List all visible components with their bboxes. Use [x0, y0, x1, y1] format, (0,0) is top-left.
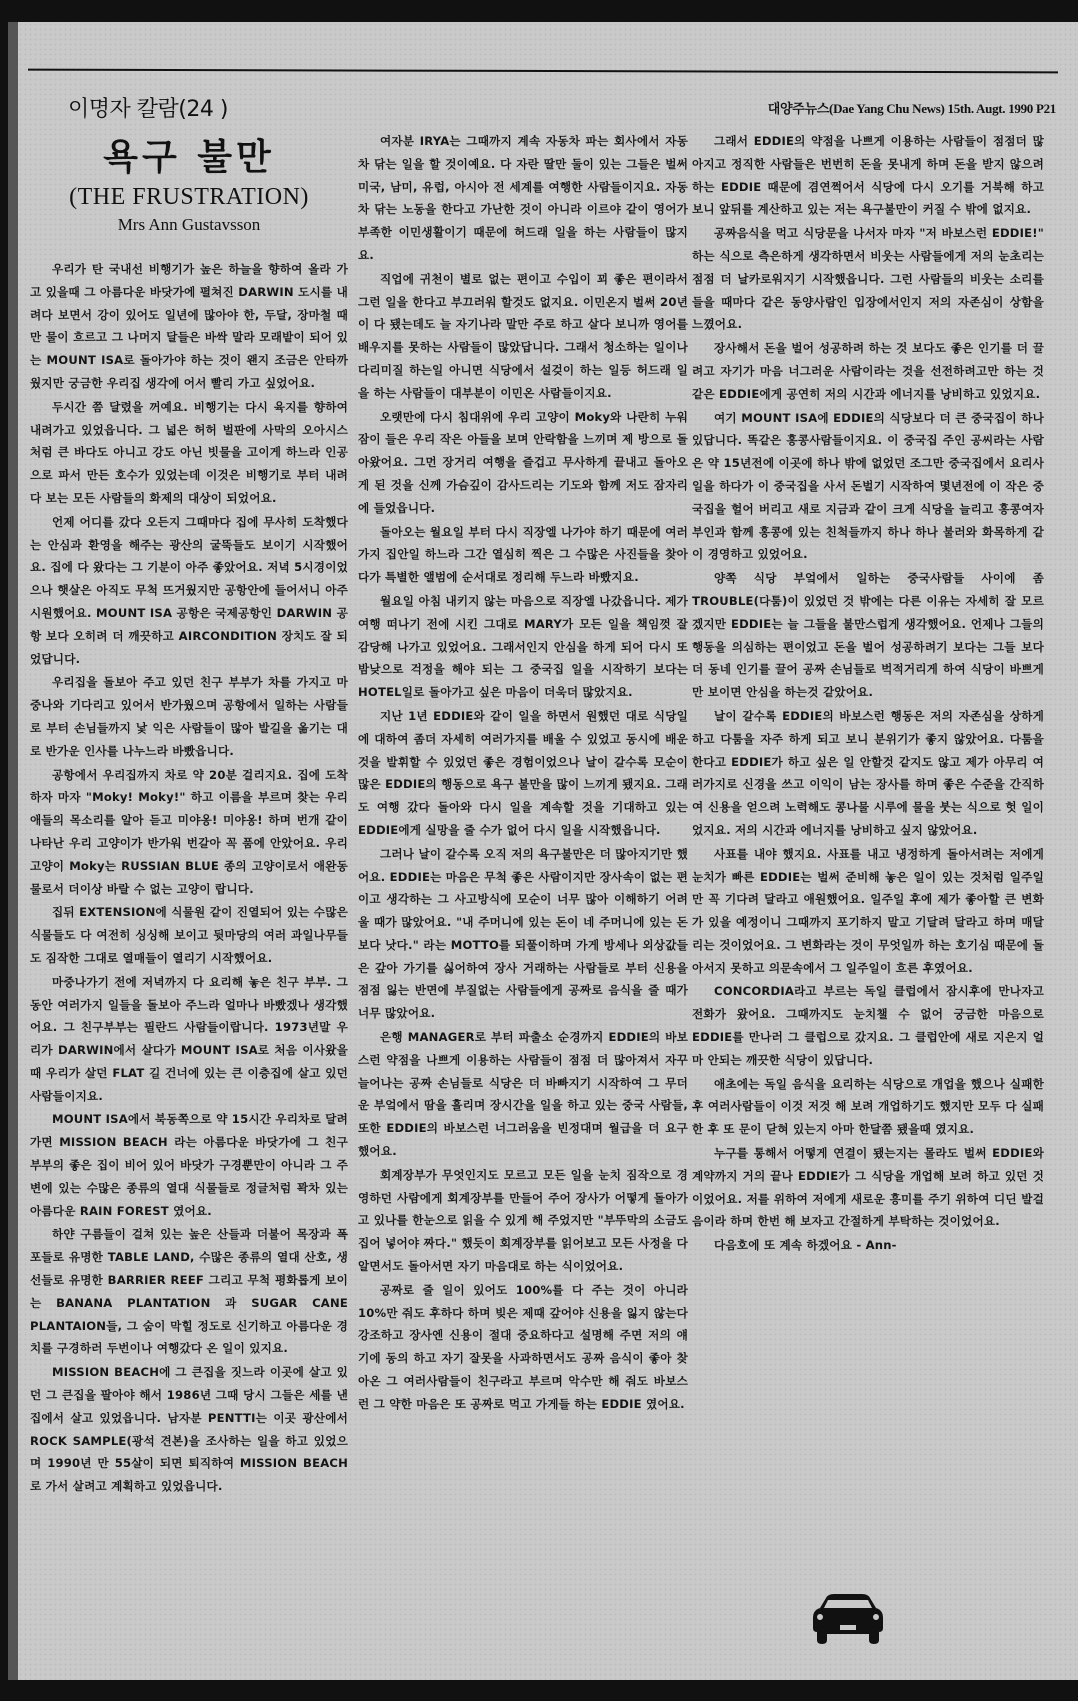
paragraph: 사표를 내야 했지요. 사표를 내고 냉정하게 돌아서려는 저에게 눈치가 빠른… [692, 843, 1044, 980]
car-icon [808, 1592, 888, 1647]
header-rule [28, 69, 1058, 74]
paragraph: MISSION BEACH에 그 큰집을 짓느라 이곳에 살고 있던 그 큰집을… [30, 1361, 348, 1498]
article-author: Mrs Ann Gustavsson [30, 215, 348, 235]
paragraph: 공항에서 우리집까지 차로 약 20분 걸리지요. 집에 도착하자 마자 "Mo… [30, 764, 348, 901]
text-column-left: 우리가 탄 국내선 비행기가 높은 하늘을 향하여 올라 가고 있을때 그 아름… [30, 258, 348, 1499]
paragraph: 그러나 날이 갈수록 오직 저의 욕구불만은 더 많아지기만 했어요. EDDI… [358, 843, 688, 1025]
paragraph: 여기 MOUNT ISA에 EDDIE의 식당보다 더 큰 중국집이 하나 있답… [692, 407, 1044, 567]
publication-header: 대양주뉴스(Dae Yang Chu News) 15th. Augt. 199… [768, 98, 1056, 117]
paragraph: 장사해서 돈을 벌어 성공하려 하는 것 보다도 좋은 인기를 더 끌려고 자기… [692, 337, 1044, 405]
paragraph: 월요일 아침 내키지 않는 마음으로 직장엘 나갔읍니다. 제가 여행 떠나기 … [358, 590, 688, 704]
paragraph: 공짜로 줄 일이 있어도 100%를 다 주는 것이 아니라 10%만 줘도 후… [358, 1279, 688, 1416]
paragraph: 그래서 EDDIE의 약점을 나쁘게 이용하는 사람들이 점점더 많아지고 정직… [692, 130, 1044, 221]
article-title-korean: 욕구 불만 [30, 129, 348, 180]
paragraph: 두시간 쯤 달렸을 꺼예요. 비행기는 다시 육지를 향하여 내려가고 있었읍니… [30, 396, 348, 510]
paragraph: 애초에는 독일 음식을 요리하는 식당으로 개업을 했으나 실패한 후 여러사람… [692, 1073, 1044, 1141]
paragraph: 우리집을 돌보아 주고 있던 친구 부부가 차를 가지고 마중나와 기다리고 있… [30, 671, 348, 762]
paragraph: 날이 갈수록 EDDIE의 바보스런 행동은 저의 자존심을 상하게 하고 다툼… [692, 705, 1044, 842]
article-title-block: 이명자 칼람(24 ) 욕구 불만 (THE FRUSTRATION) Mrs … [30, 92, 348, 235]
text-column-middle: 여자분 IRYA는 그때까지 계속 자동차 파는 회사에서 자동차 닦는 일을 … [358, 130, 688, 1417]
paragraph: 누구를 통해서 어떻게 연결이 됐는지는 몰라도 벌써 EDDIE와 계약까지 … [692, 1142, 1044, 1233]
paragraph: 은행 MANAGER로 부터 파출소 순경까지 EDDIE의 바보스런 약점을 … [358, 1026, 688, 1163]
paragraph: 여자분 IRYA는 그때까지 계속 자동차 파는 회사에서 자동차 닦는 일을 … [358, 130, 688, 267]
paragraph: 집뒤 EXTENSION에 식물원 같이 진열되어 있는 수많은 식물들도 다 … [30, 901, 348, 969]
article-title-english: (THE FRUSTRATION) [30, 184, 348, 211]
paragraph: 돌아오는 월요일 부터 다시 직장엘 나가야 하기 때문에 여러가지 집안일 하… [358, 521, 688, 589]
paragraph: 하얀 구름들이 걸쳐 있는 높은 산들과 더불어 목장과 폭포들로 유명한 TA… [30, 1223, 348, 1360]
paragraph: MOUNT ISA에서 북동쪽으로 약 15시간 우리차로 달려 가면 MISS… [30, 1108, 348, 1222]
paragraph: 마중나가기 전에 저녁까지 다 요리해 놓은 친구 부부. 그동안 여러가지 일… [30, 971, 348, 1108]
signoff: 다음호에 또 계속 하겠어요 - Ann- [692, 1234, 1044, 1257]
paragraph: CONCORDIA라고 부르는 독일 클럽에서 잠시후에 만나자고 전화가 왔어… [692, 980, 1044, 1071]
paragraph: 양쪽 식당 부엌에서 일하는 중국사람들 사이에 좀 TROUBLE(다툼)이 … [692, 567, 1044, 704]
paragraph: 직업에 귀천이 별로 없는 편이고 수입이 꾀 좋은 편이라서 그런 일을 한다… [358, 268, 688, 405]
paragraph: 오랫만에 다시 침대위에 우리 고양이 Moky와 나란히 누워 잠이 들은 우… [358, 406, 688, 520]
paragraph: 지난 1년 EDDIE와 같이 일을 하면서 원했던 대로 식당일에 대하여 좀… [358, 705, 688, 842]
paragraph: 공짜음식을 먹고 식당문을 나서자 마자 "저 바보스런 EDDIE!" 하는 … [692, 222, 1044, 336]
paragraph: 회계장부가 무엇인지도 모르고 모든 일을 눈치 짐작으로 경영하던 사람에게 … [358, 1164, 688, 1278]
page-edge-shadow [8, 22, 18, 1680]
column-label: 이명자 칼람(24 ) [68, 92, 348, 123]
text-column-right: 그래서 EDDIE의 약점을 나쁘게 이용하는 사람들이 점점더 많아지고 정직… [692, 130, 1044, 1258]
paragraph: 언제 어디를 갔다 오든지 그때마다 집에 무사히 도착했다는 안심과 환영을 … [30, 511, 348, 671]
newspaper-page: 대양주뉴스(Dae Yang Chu News) 15th. Augt. 199… [8, 22, 1078, 1680]
paragraph: 우리가 탄 국내선 비행기가 높은 하늘을 향하여 올라 가고 있을때 그 아름… [30, 258, 348, 395]
